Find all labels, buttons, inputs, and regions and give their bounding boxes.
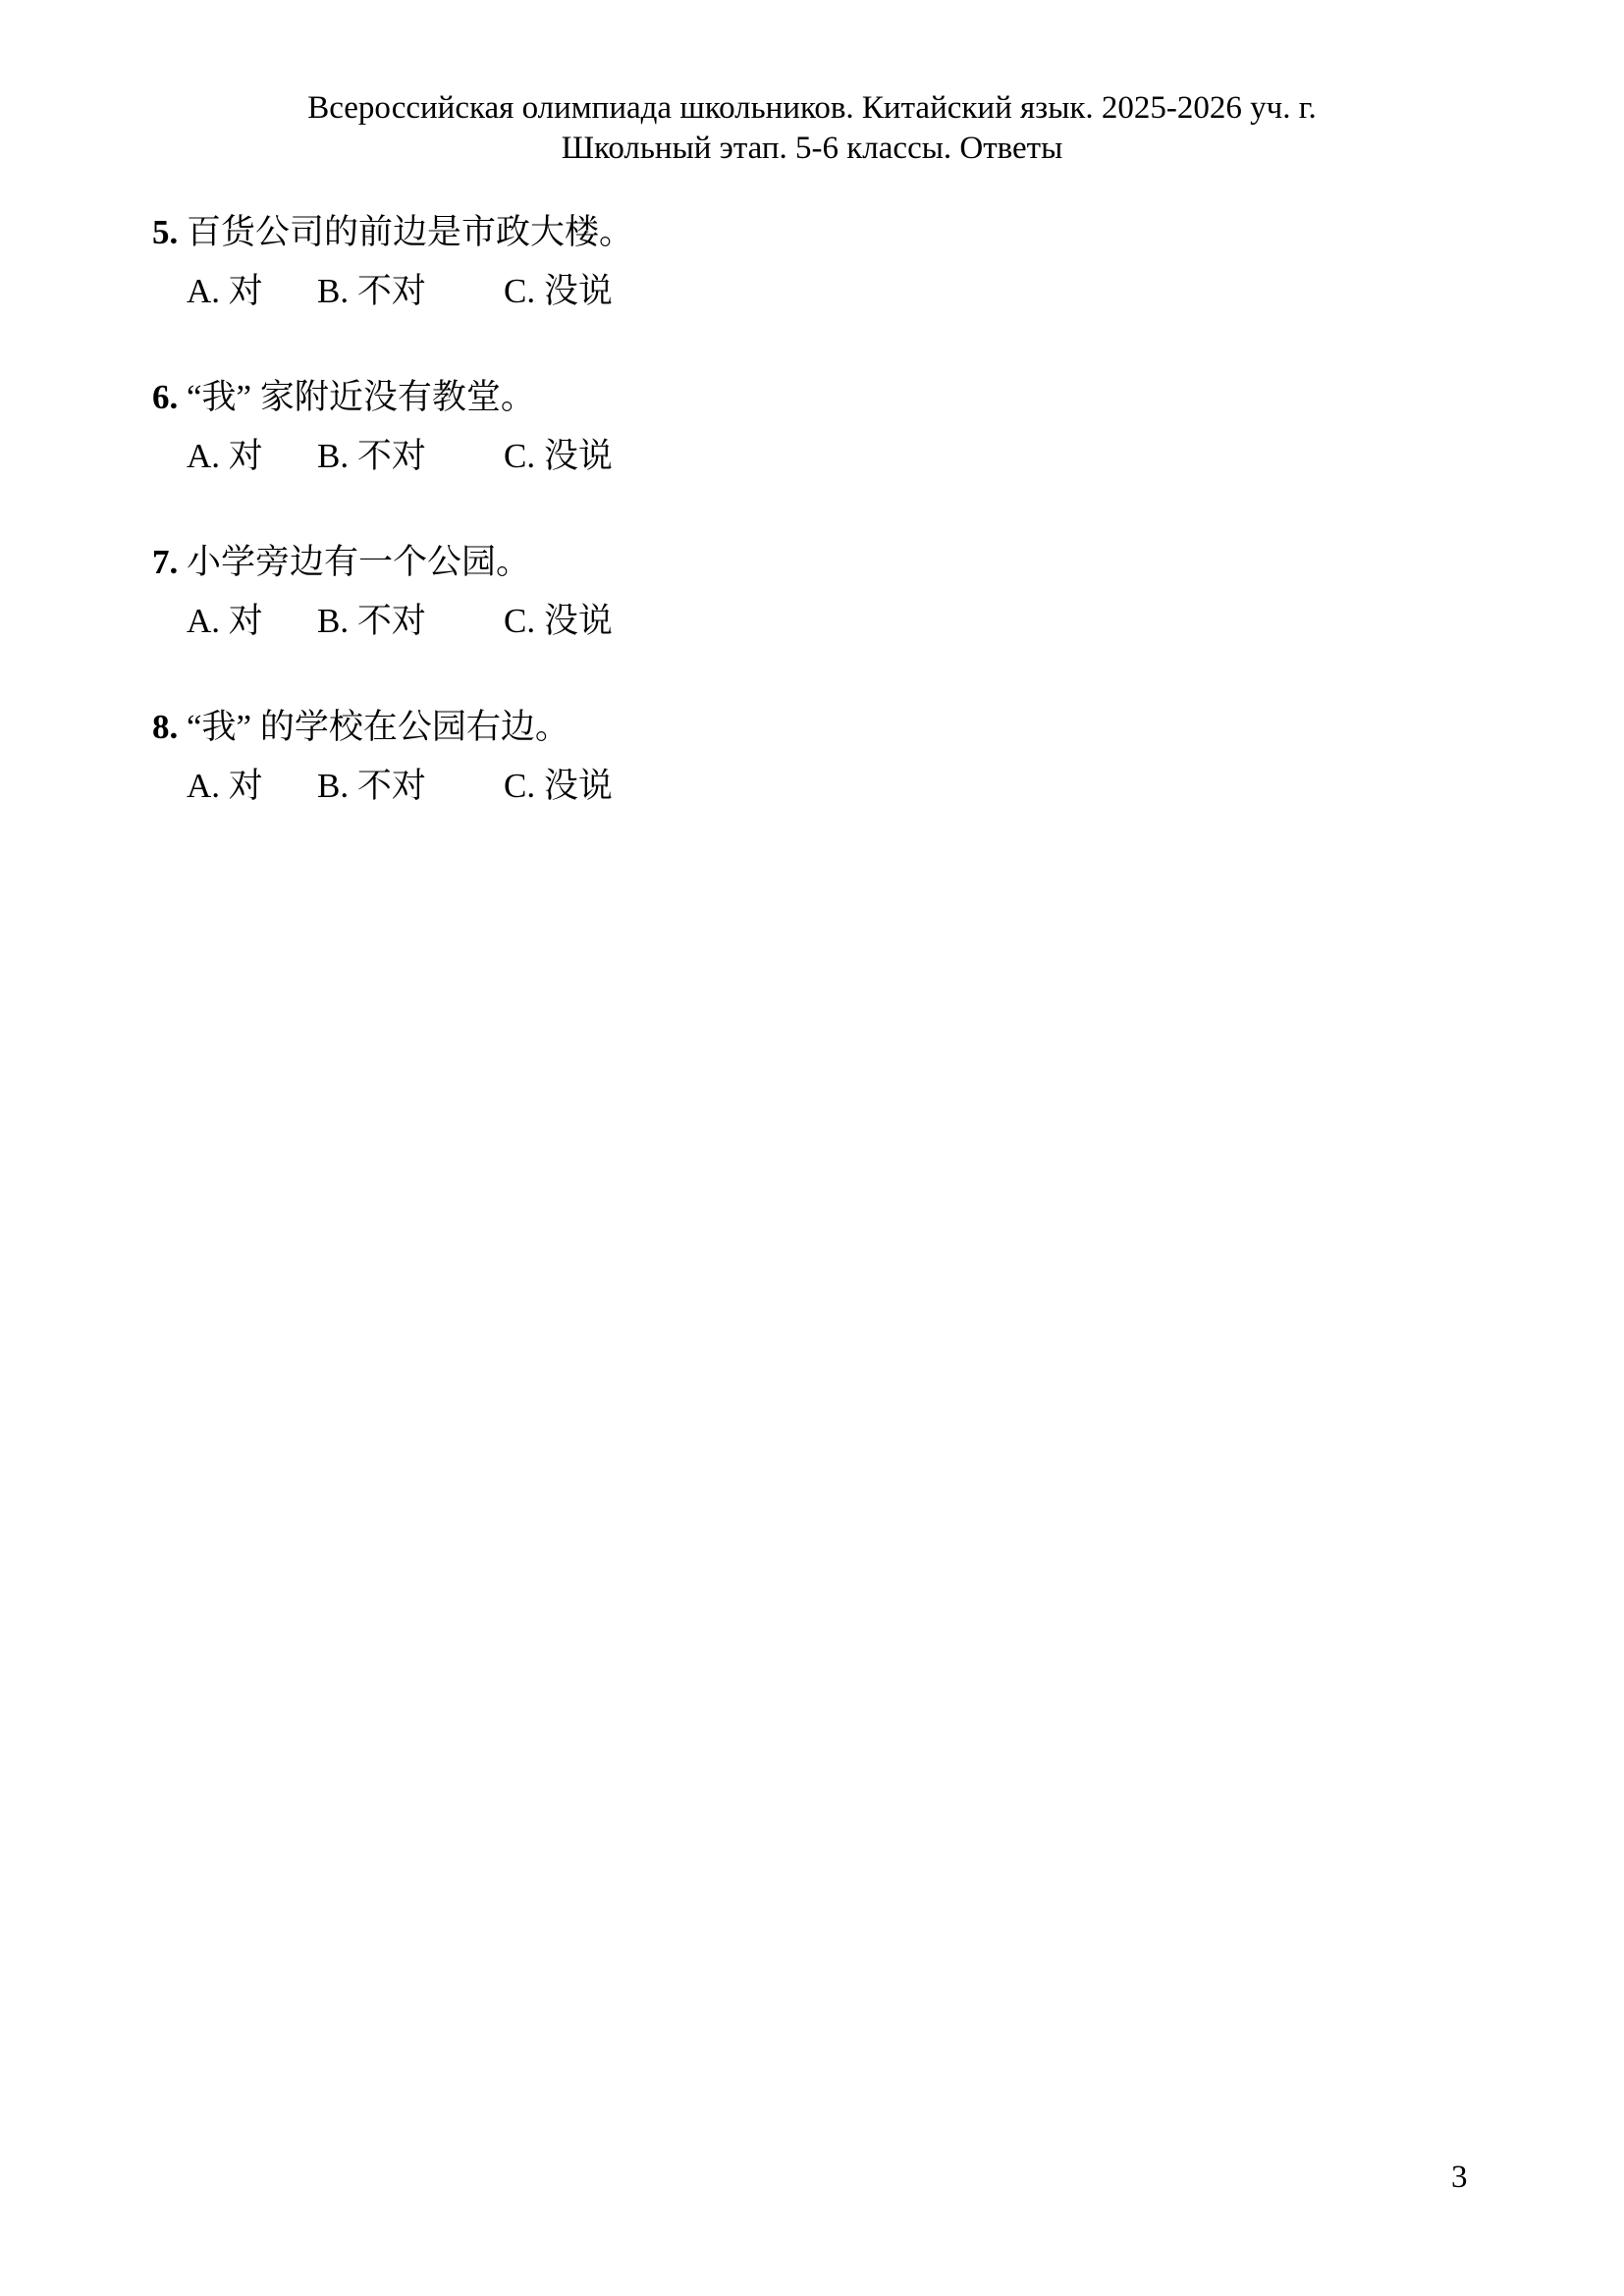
option-b: B. 不对 [317, 764, 426, 809]
options-row: A. 对 B. 不对 C. 没说 [152, 434, 1624, 479]
question-text: “我” 家附近没有教堂。 [187, 378, 535, 416]
question-number: 7. [152, 543, 178, 581]
question-text: “我” 的学校在公园右边。 [187, 708, 569, 746]
option-b: B. 不对 [317, 434, 426, 479]
option-a: A. 对 [187, 269, 263, 314]
option-c: C. 没说 [504, 599, 613, 644]
page-number: 3 [1451, 2158, 1468, 2197]
question-number: 5. [152, 213, 178, 251]
option-b: B. 不对 [317, 269, 426, 314]
options-row: A. 对 B. 不对 C. 没说 [152, 599, 1624, 644]
options-row: A. 对 B. 不对 C. 没说 [152, 269, 1624, 314]
question-line: 6. “我” 家附近没有教堂。 [152, 375, 1624, 420]
question-item-8: 8. “我” 的学校在公园右边。 A. 对 B. 不对 C. 没说 [152, 705, 1624, 809]
question-line: 5. 百货公司的前边是市政大楼。 [152, 210, 1624, 255]
question-text: 小学旁边有一个公园。 [187, 543, 530, 581]
option-a: A. 对 [187, 434, 263, 479]
questions-section: 5. 百货公司的前边是市政大楼。 A. 对 B. 不对 C. 没说 6. “我”… [152, 210, 1624, 809]
question-text: 百货公司的前边是市政大楼。 [187, 213, 633, 251]
option-c: C. 没说 [504, 764, 613, 809]
header-line-1: Всероссийская олимпиада школьников. Кита… [0, 88, 1624, 129]
document-header: Всероссийская олимпиада школьников. Кита… [0, 0, 1624, 169]
option-c: C. 没说 [504, 434, 613, 479]
option-a: A. 对 [187, 599, 263, 644]
option-a: A. 对 [187, 764, 263, 809]
question-line: 8. “我” 的学校在公园右边。 [152, 705, 1624, 750]
question-number: 8. [152, 708, 178, 746]
question-item-7: 7. 小学旁边有一个公园。 A. 对 B. 不对 C. 没说 [152, 540, 1624, 644]
question-item-5: 5. 百货公司的前边是市政大楼。 A. 对 B. 不对 C. 没说 [152, 210, 1624, 314]
document-page: Всероссийская олимпиада школьников. Кита… [0, 0, 1624, 2296]
option-c: C. 没说 [504, 269, 613, 314]
options-row: A. 对 B. 不对 C. 没说 [152, 764, 1624, 809]
question-number: 6. [152, 378, 178, 416]
header-line-2: Школьный этап. 5-6 классы. Ответы [0, 129, 1624, 169]
option-b: B. 不对 [317, 599, 426, 644]
question-line: 7. 小学旁边有一个公园。 [152, 540, 1624, 585]
question-item-6: 6. “我” 家附近没有教堂。 A. 对 B. 不对 C. 没说 [152, 375, 1624, 479]
